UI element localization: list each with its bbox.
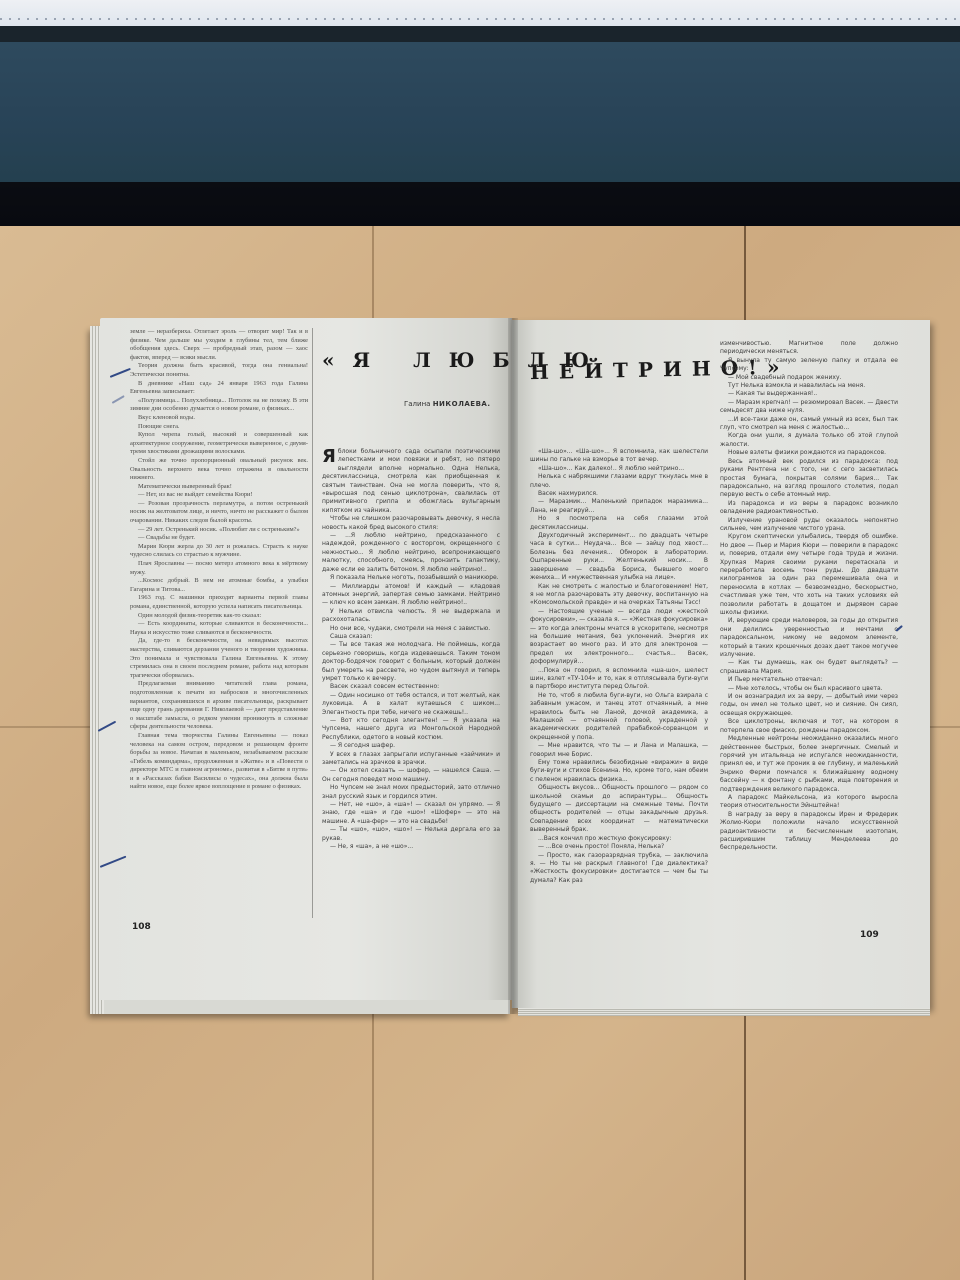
paragraph: Теория должна быть красивой, тогда она г… bbox=[130, 362, 308, 379]
paragraph: — Вот кто сегодня элегантен! — Я указала… bbox=[322, 717, 500, 742]
paragraph: «Ша-шо»... «Ша-шо»... Я вспомнила, как ш… bbox=[530, 448, 708, 465]
paragraph: Плач Ярославны — посмо метерз атомного в… bbox=[130, 560, 308, 577]
drop-cap: Я bbox=[322, 449, 336, 465]
paragraph: — Ты «шо», «шо», «шо»! — Нелька дергала … bbox=[322, 826, 500, 843]
paragraph: — Я сегодня шафер. bbox=[322, 742, 500, 750]
paragraph: Васек сказал совсем естественно: bbox=[322, 683, 500, 691]
paragraph: — Свадьбы не будет. bbox=[130, 534, 308, 543]
paragraph: ...Пока он говорил, я вспомнила «ша-шо»,… bbox=[530, 667, 708, 692]
paragraph: Чтобы не слишком разочаровывать девочку,… bbox=[322, 515, 500, 532]
paragraph: Купол черепа голый, высокий и совершенны… bbox=[130, 431, 308, 457]
paragraph: Но они все, чудаки, смотрели на меня с з… bbox=[322, 625, 500, 633]
column-divider bbox=[312, 328, 313, 918]
paragraph: — Маразмик... Маленький припадок маразми… bbox=[530, 498, 708, 515]
paragraph: — 29 лет. Остренький носик. «Полюбит ли … bbox=[130, 526, 308, 535]
paragraph: Двухгодичный эксперимент... по двадцать … bbox=[530, 532, 708, 582]
paragraph: — Ты все такая же молодчага. Не поймешь,… bbox=[322, 641, 500, 683]
paragraph: земле — неразбериха. Отлетает эроль — от… bbox=[130, 328, 308, 362]
paragraph: Мария Кюри жерла до 30 лет и рожалась. С… bbox=[130, 543, 308, 560]
right-column-2: изменчивостью. Магнитное поле должно пер… bbox=[720, 340, 898, 928]
paragraph: В награду за веру в парадоксы Ирен и Фре… bbox=[720, 811, 898, 853]
paragraph: У Нельки отвисла челюсть. Я не выдержала… bbox=[322, 608, 500, 625]
paragraph: Саша сказал: bbox=[322, 633, 500, 641]
paragraph: «Полузимица... Полухлебница... Потолок н… bbox=[130, 397, 308, 414]
paragraph: Но я посмотрела на себя глазами этой дес… bbox=[530, 515, 708, 532]
paragraph: Вкус кленовой воды. bbox=[130, 414, 308, 423]
paragraph: Ему тоже нравились безобидные «виражи» в… bbox=[530, 759, 708, 784]
window-sill bbox=[0, 42, 960, 182]
paragraph: Нелька с набрякшими глазами вдруг ткнула… bbox=[530, 473, 708, 490]
paragraph: Один молодой физик-теоретик как-то сказа… bbox=[130, 612, 308, 621]
page-number-left: 108 bbox=[132, 922, 151, 932]
paragraph: Из парадокса и из веры в парадокс возник… bbox=[720, 500, 898, 517]
paragraph: ...Вася кончил про жесткую фокусировку: bbox=[530, 835, 708, 843]
spine-gutter bbox=[508, 318, 518, 1014]
paragraph-text: блоки больничного сада осыпали поэтическ… bbox=[322, 448, 500, 514]
window-frame bbox=[0, 26, 960, 42]
paragraph: — Настоящие ученые — всегда люди «жестко… bbox=[530, 608, 708, 667]
paragraph: Тут Нелька взмокла и навалилась на меня. bbox=[720, 382, 898, 390]
paragraph: — ...Все очень просто! Поняла, Нелька? bbox=[530, 843, 708, 851]
paragraph: Стойл же точно пропорционный овальный ри… bbox=[130, 457, 308, 483]
paragraph: изменчивостью. Магнитное поле должно пер… bbox=[720, 340, 898, 357]
paragraph: Кругом скептически улыбались, твердя об … bbox=[720, 533, 898, 617]
paragraph: Васек нахмурился. bbox=[530, 490, 708, 498]
paragraph: Но Чупсем не знал моих предысторий, зато… bbox=[322, 784, 500, 801]
paragraph: Математически выверенный брак! bbox=[130, 483, 308, 492]
paragraph: Предлагаемая вниманию читателей глава ро… bbox=[130, 680, 308, 732]
paragraph: — Какая ты выдержанная!.. bbox=[720, 390, 898, 398]
window-frit-dots bbox=[0, 18, 960, 20]
paragraph: Медленные нейтроны неожиданно оказались … bbox=[720, 735, 898, 794]
paragraph: — Просто, как газоразрядная трубка, — за… bbox=[530, 852, 708, 886]
open-magazine: земле — неразбериха. Отлетает эроль — от… bbox=[90, 318, 930, 1018]
paragraph: В дневнике «Наш сад» 24 января 1963 года… bbox=[130, 380, 308, 397]
paragraph: И Пьер мечтательно отвечал: bbox=[720, 676, 898, 684]
paragraph: — Нет, не «шо», а «ша»! — сказал он упря… bbox=[322, 801, 500, 826]
paragraph: «Ша-шо»... Как далеко!.. Я люблю нейтрин… bbox=[530, 465, 708, 473]
window-glass bbox=[0, 0, 960, 26]
paragraph: — Мне нравится, что ты — и Лана и Малашк… bbox=[530, 742, 708, 759]
paragraph: Когда они ушли, я думала только об этой … bbox=[720, 432, 898, 449]
page-number-right: 109 bbox=[860, 930, 879, 940]
author-byline: Галина НИКОЛАЕВА. bbox=[404, 400, 491, 408]
paragraph: Поющие снега. bbox=[130, 423, 308, 432]
paragraph: Излучение урановой руды оказалось непоня… bbox=[720, 517, 898, 534]
article-title-right: НЕЙТРИНО!» bbox=[530, 356, 730, 384]
right-column-1: «Ша-шо»... «Ша-шо»... Я вспомнила, как ш… bbox=[530, 448, 708, 928]
right-page-stack bbox=[518, 1008, 930, 1016]
paragraph: Как не смотреть с жалостью и благоговени… bbox=[530, 583, 708, 608]
paragraph: Новые взлеты физики рождаются из парадок… bbox=[720, 449, 898, 457]
paragraph: — Не, я «ша», а не «шо»... bbox=[322, 843, 500, 851]
paragraph: И он вознаградил их за веру, — добытый и… bbox=[720, 693, 898, 718]
paragraph: — Как ты думаешь, как он будет выглядеть… bbox=[720, 659, 898, 676]
paragraph: — Розовая прозрачность перламутра, а пот… bbox=[130, 500, 308, 526]
paragraph: — Миллиарды атомов! И каждый — кладовая … bbox=[322, 583, 500, 608]
paragraph: Общность вкусов... Общность прошлого — р… bbox=[530, 784, 708, 834]
paragraph: 1963 год. С машинки приходят варианты пе… bbox=[130, 594, 308, 611]
paragraph: — Он хотел сказать — шофер, — нашелся Са… bbox=[322, 767, 500, 784]
paragraph: У всех в глазах запрыгали испуганные «за… bbox=[322, 751, 500, 768]
paragraph: — ...Я люблю нейтрино, предсказанного с … bbox=[322, 532, 500, 574]
paragraph: Главная тема творчества Галины Евгеньевн… bbox=[130, 732, 308, 792]
paragraph: — Нет, из вас не выйдет семейства Кюри! bbox=[130, 491, 308, 500]
paragraph: ...Космос добрый. В нем не атомные бомбы… bbox=[130, 577, 308, 594]
paragraph: — Один носишко от тебя остался, и тот же… bbox=[322, 692, 500, 717]
author-last-name: НИКОЛАЕВА. bbox=[433, 400, 491, 408]
paragraph: Я вынула ту самую зеленую папку и отдала… bbox=[720, 357, 898, 374]
author-first-name: Галина bbox=[404, 400, 430, 408]
paragraph: Весь атомный век родился из парадокса: п… bbox=[720, 458, 898, 500]
paragraph: Все циклотроны, включая и тот, на которо… bbox=[720, 718, 898, 735]
paragraph: И, верующие среди маловеров, за годы до … bbox=[720, 617, 898, 659]
paragraph: А парадокс Майкельсона, из которого выро… bbox=[720, 794, 898, 811]
paragraph: ...И все-таки даже он, самый умный из вс… bbox=[720, 416, 898, 433]
left-column-preface: земле — неразбериха. Отлетает эроль — от… bbox=[130, 328, 308, 898]
left-column-story: Яблоки больничного сада осыпали поэтичес… bbox=[322, 448, 500, 923]
paragraph: Я показала Нельке ноготь, позабывший о м… bbox=[322, 574, 500, 582]
paragraph: Да, где-то в бесконечности, на невидимых… bbox=[130, 637, 308, 680]
paragraph: — Маразм крепчал! — резюмировал Васек. —… bbox=[720, 399, 898, 416]
paragraph: Не то, чтоб я любила буги-вуги, но Ольга… bbox=[530, 692, 708, 742]
article-title-left: «Я ЛЮБЛЮ bbox=[322, 348, 522, 372]
paragraph: Яблоки больничного сада осыпали поэтичес… bbox=[322, 448, 500, 515]
paragraph: — Мой свадебный подарок жениху. bbox=[720, 374, 898, 382]
sill-shadow bbox=[0, 182, 960, 226]
paragraph: — Мне хотелось, чтобы он был красивого ц… bbox=[720, 685, 898, 693]
paragraph: — Есть координаты, которые сливаются в б… bbox=[130, 620, 308, 637]
